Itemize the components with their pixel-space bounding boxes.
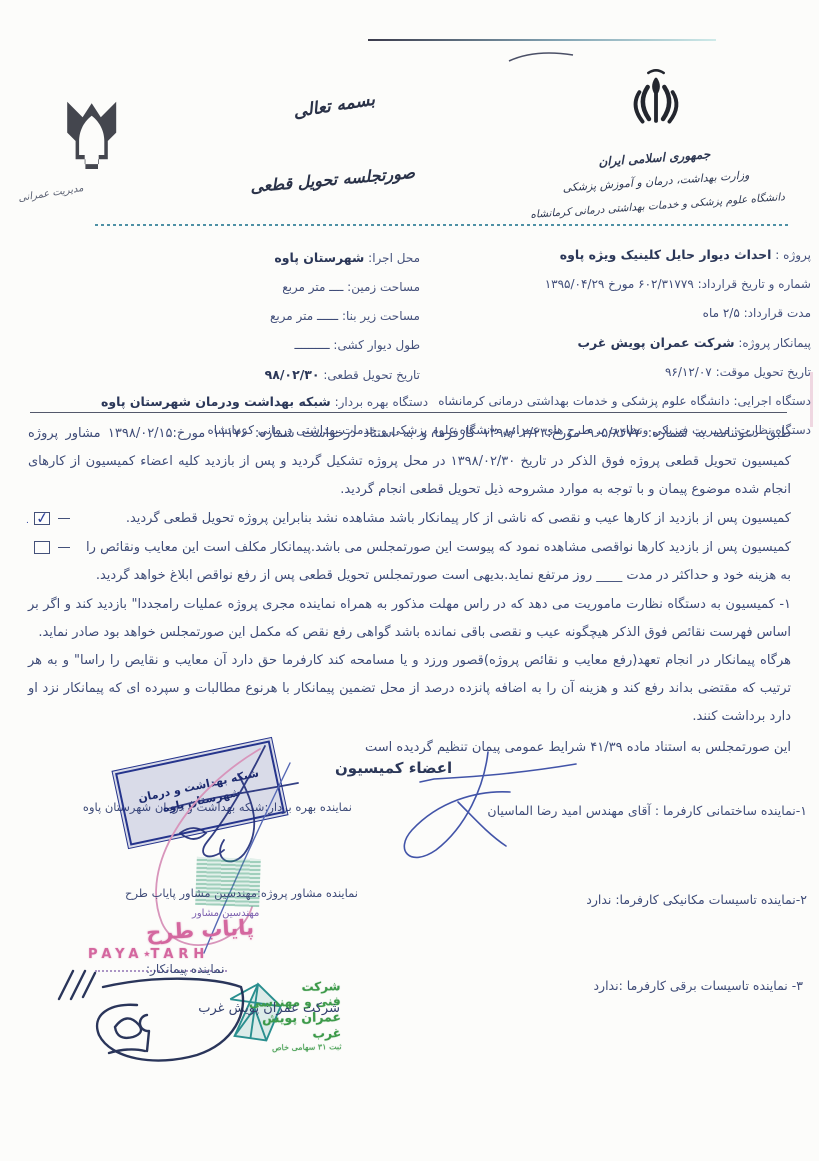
field-label: دستگاه اجرایی: (734, 394, 812, 408)
field-value: شهرستان پاوه (274, 250, 364, 265)
info-row-contract-no: شماره و تاریخ قرارداد: ۶۰۲/۳۱۷۷۹ مورخ ۱۳… (411, 270, 811, 299)
clause-1: ۱- کمیسیون به دستگاه نظارت ماموریت می ده… (28, 591, 791, 647)
field-label: مدت قرارداد: (744, 306, 811, 320)
info-row-project: پروژه : احداث دیوار حایل کلینیک ویژه پاو… (411, 240, 811, 270)
field-value: ــــ متر مربع (282, 280, 343, 294)
iran-emblem-icon (624, 66, 688, 140)
field-label: تاریخ تحویل قطعی: (323, 368, 420, 382)
field-label: تاریخ تحویل موقت: (716, 365, 811, 379)
field-label: طول دیوار کشی: (333, 338, 420, 352)
checkbox-checked: ✓ ۰ (34, 512, 50, 525)
field-value: شبکه بهداشت ودرمان شهرستان پاوه (101, 394, 331, 409)
contractor-company-name: شرکت عمران پویش غرب (148, 1001, 340, 1016)
field-label: مساحت زمین: (347, 280, 420, 294)
field-label: محل اجرا: (368, 251, 420, 265)
stamp-line: ثبت ۳۱ سهامی خاص (245, 1041, 341, 1055)
basis-note: این صورتمجلس به استناد ماده ۴۱/۳۹ شرایط … (28, 734, 791, 762)
option-defects-found-text: کمیسیون پس از بازدید کارها نواقصی مشاهده… (86, 540, 791, 583)
consultant-stamp-name: پایاب طرح (145, 915, 254, 945)
header-right-block: جمهوری اسلامی ایران وزارت بهداشت، درمان … (511, 66, 801, 218)
info-row-built-area: مساحت زیر بنا: ــــــ متر مربع (108, 302, 420, 331)
field-label: پروژه : (775, 248, 811, 262)
field-label: دستگاه بهره بردار: (335, 395, 428, 409)
info-row-wall-length: طول دیوار کشی: ــــــــــ (108, 331, 420, 360)
info-row-location: محل اجرا: شهرستان پاوه (108, 243, 420, 273)
besmele-calligraphy: بسمه تعالی (292, 90, 376, 123)
field-label: مساحت زیر بنا: (342, 309, 420, 323)
field-label: پیمانکار پروژه: (738, 336, 811, 350)
body-text-block: طبق دعوتنامه به شماره: ۹۰۵/۸۴۷۷ مورخ:۱۳۹… (28, 420, 791, 762)
field-label: شماره و تاریخ قرارداد: (698, 277, 811, 291)
member-item-1: ۱-نماینده ساختمانی کارفرما : آقای مهندس … (487, 803, 807, 818)
option-no-defects-text: کمیسیون پس از بازدید از کارها عیب و نقصی… (126, 511, 791, 526)
stamp-line: شرکت (244, 979, 340, 996)
option-no-defects: ✓ ۰ کمیسیون پس از بازدید از کارها عیب و … (28, 505, 791, 533)
info-column-left: محل اجرا: شهرستان پاوه مساحت زمین: ــــ … (108, 243, 420, 390)
field-value: دانشگاه علوم پزشکی و خدمات بهداشتی درمان… (438, 394, 729, 408)
field-value: ۶۰۲/۳۱۷۷۹ مورخ ۱۳۹۵/۰۴/۲۹ (545, 277, 694, 291)
field-value: ۹۶/۱۲/۰۷ (665, 365, 712, 379)
field-value: ۹۸/۰۲/۳۰ (265, 367, 320, 382)
field-value: احداث دیوار حایل کلینیک ویژه پاوه (560, 247, 772, 262)
check-mark-icon: ✓ (34, 503, 50, 532)
consultant-representative-line: نماینده مشاور پروژه:مهندسین مشاور پایاب … (50, 886, 358, 900)
member-item-3: ۳- نماینده تاسیسات برقی کارفرما :ندارد (593, 978, 803, 993)
pen-flick-mark (505, 46, 577, 66)
header-separator (95, 224, 790, 226)
university-logo (56, 82, 126, 186)
info-row-final-delivery: تاریخ تحویل قطعی: ۹۸/۰۲/۳۰ (108, 360, 420, 390)
logo-caption: مدیریت عمرانی (18, 183, 85, 204)
member-item-2: ۲-نماینده تاسیسات مکانیکی کارفرما: ندارد (586, 892, 807, 907)
scan-artifact-line (368, 39, 716, 41)
checkbox-dash (58, 518, 70, 519)
info-row-land-area: مساحت زمین: ــــ متر مربع (108, 273, 420, 302)
intro-paragraph: طبق دعوتنامه به شماره: ۹۰۵/۸۴۷۷ مورخ:۱۳۹… (28, 420, 791, 504)
scanned-document-page: جمهوری اسلامی ایران وزارت بهداشت، درمان … (0, 0, 819, 1161)
clause-2: هرگاه پیمانکار در انجام تعهد(رفع معایب و… (28, 647, 791, 731)
info-row-temp-delivery: تاریخ تحویل موقت: ۹۶/۱۲/۰۷ (411, 358, 811, 387)
field-value: ــــــ متر مربع (270, 309, 338, 323)
members-heading: اعضاء کمیسیون (335, 759, 452, 777)
consultant-stamp-latin: PAYA٭TARH (88, 947, 209, 962)
info-row-duration: مدت قرارداد: ۲/۵ ماه (411, 299, 811, 328)
info-row-contractor: پیمانکار پروژه: شرکت عمران پویش غرب (411, 328, 811, 358)
info-column-right: پروژه : احداث دیوار حایل کلینیک ویژه پاو… (411, 240, 811, 387)
checkbox-dash (58, 547, 70, 548)
ministry-header-lines: جمهوری اسلامی ایران وزارت بهداشت، درمان … (509, 136, 803, 228)
option-defects-found: کمیسیون پس از بازدید کارها نواقصی مشاهده… (28, 534, 791, 590)
contractor-company-stamp: شرکت فنی و مهندسی عمران پویش غرب ثبت ۳۱ … (244, 979, 341, 1055)
field-value: ــــــــــ (294, 338, 329, 352)
checkbox-empty (34, 541, 50, 554)
info-separator (30, 412, 787, 413)
document-title: صورتجلسه تحویل قطعی (249, 163, 415, 196)
field-value: شرکت عمران پویش غرب (577, 335, 734, 350)
pen-stray-mark: ۰ (25, 509, 30, 537)
kums-arch-logo-icon (56, 82, 126, 186)
contractor-representative-line: نماینده پیمانکار: (146, 962, 224, 976)
field-value: ۲/۵ ماه (703, 306, 740, 320)
